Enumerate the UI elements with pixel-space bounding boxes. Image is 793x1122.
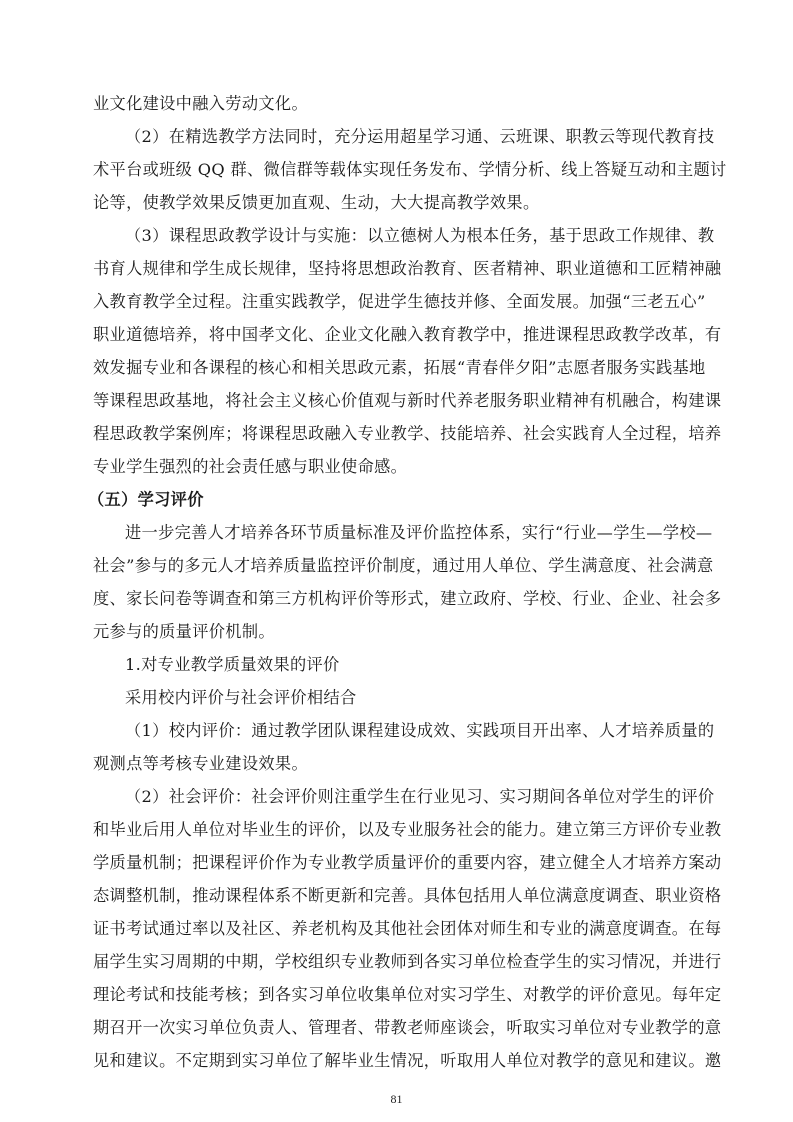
paragraph-start-item-3: （3）课程思政教学设计与实施：以立德树人为根本任务，基于思政工作规律、教 xyxy=(125,226,705,246)
text-line: 理论考试和技能考核；到各实习单位收集单位对实习学生、对教学的评价意见。每年定 xyxy=(93,985,705,1005)
text-line: 度、家长问卷等调查和第三方机构评价等形式，建立政府、学校、行业、企业、社会多 xyxy=(93,589,705,609)
text-line: 论等，使教学效果反馈更加直观、生动，大大提高教学效果。 xyxy=(93,193,705,213)
text-line: 专业学生强烈的社会责任感与职业使命感。 xyxy=(93,457,705,477)
text-line: 入教育教学全过程。注重实践教学，促进学生德技并修、全面发展。加强“三老五心” xyxy=(93,292,705,312)
text-line: 术平台或班级 QQ 群、微信群等载体实现任务发布、学情分析、线上答疑互动和主题讨 xyxy=(93,160,705,180)
text-line: 态调整机制，推动课程体系不断更新和完善。具体包括用人单位满意度调查、职业资格 xyxy=(93,886,705,906)
text-line: 届学生实习周期的中期，学校组织专业教师到各实习单位检查学生的实习情况，并进行 xyxy=(93,952,705,972)
text-line: 和毕业后用人单位对毕业生的评价，以及专业服务社会的能力。建立第三方评价专业教 xyxy=(93,820,705,840)
text-line: 等课程思政基地，将社会主义核心价值观与新时代养老服务职业精神有机融合，构建课 xyxy=(93,391,705,411)
text-line: 效发掘专业和各课程的核心和相关思政元素，拓展“青春伴夕阳”志愿者服务实践基地 xyxy=(93,358,705,378)
subsection-heading: 1.对专业教学质量效果的评价 xyxy=(125,655,705,675)
text-line: 社会”参与的多元人才培养质量监控评价制度，通过用人单位、学生满意度、社会满意 xyxy=(93,556,705,576)
text-line: 证书考试通过率以及社区、养老机构及其他社会团体对师生和专业的满意度调查。在每 xyxy=(93,919,705,939)
text-line: 见和建议。不定期到实习单位了解毕业生情况，听取用人单位对教学的意见和建议。邀 xyxy=(93,1051,705,1071)
paragraph-start-item-2: （2）在精选教学方法同时，充分运用超星学习通、云班课、职教云等现代教育技 xyxy=(125,127,705,147)
text-line: 书育人规律和学生成长规律，坚持将思想政治教育、医者精神、职业道德和工匠精神融 xyxy=(93,259,705,279)
text-line: 业文化建设中融入劳动文化。 xyxy=(93,94,705,114)
text-line: 程思政教学案例库；将课程思政融入专业教学、技能培养、社会实践育人全过程，培养 xyxy=(93,424,705,444)
paragraph-start-item-1: （1）校内评价：通过教学团队课程建设成效、实践项目开出率、人才培养质量的 xyxy=(125,721,705,741)
document-page: 业文化建设中融入劳动文化。 （2）在精选教学方法同时，充分运用超星学习通、云班课… xyxy=(0,0,793,1122)
text-line: 期召开一次实习单位负责人、管理者、带教老师座谈会，听取实习单位对专业教学的意 xyxy=(93,1018,705,1038)
paragraph-start: 采用校内评价与社会评价相结合 xyxy=(125,688,705,708)
paragraph-start: 进一步完善人才培养各环节质量标准及评价监控体系，实行“行业—学生—学校— xyxy=(125,523,705,543)
page-number: 81 xyxy=(0,1092,793,1107)
text-line: 职业道德培养，将中国孝文化、企业文化融入教育教学中，推进课程思政教学改革，有 xyxy=(93,325,705,345)
section-heading: （五）学习评价 xyxy=(88,490,700,510)
paragraph-start-item-2: （2）社会评价：社会评价则注重学生在行业见习、实习期间各单位对学生的评价 xyxy=(125,787,705,807)
text-line: 元参与的质量评价机制。 xyxy=(93,622,705,642)
text-line: 学质量机制；把课程评价作为专业教学质量评价的重要内容，建立健全人才培养方案动 xyxy=(93,853,705,873)
text-line: 观测点等考核专业建设效果。 xyxy=(93,754,705,774)
